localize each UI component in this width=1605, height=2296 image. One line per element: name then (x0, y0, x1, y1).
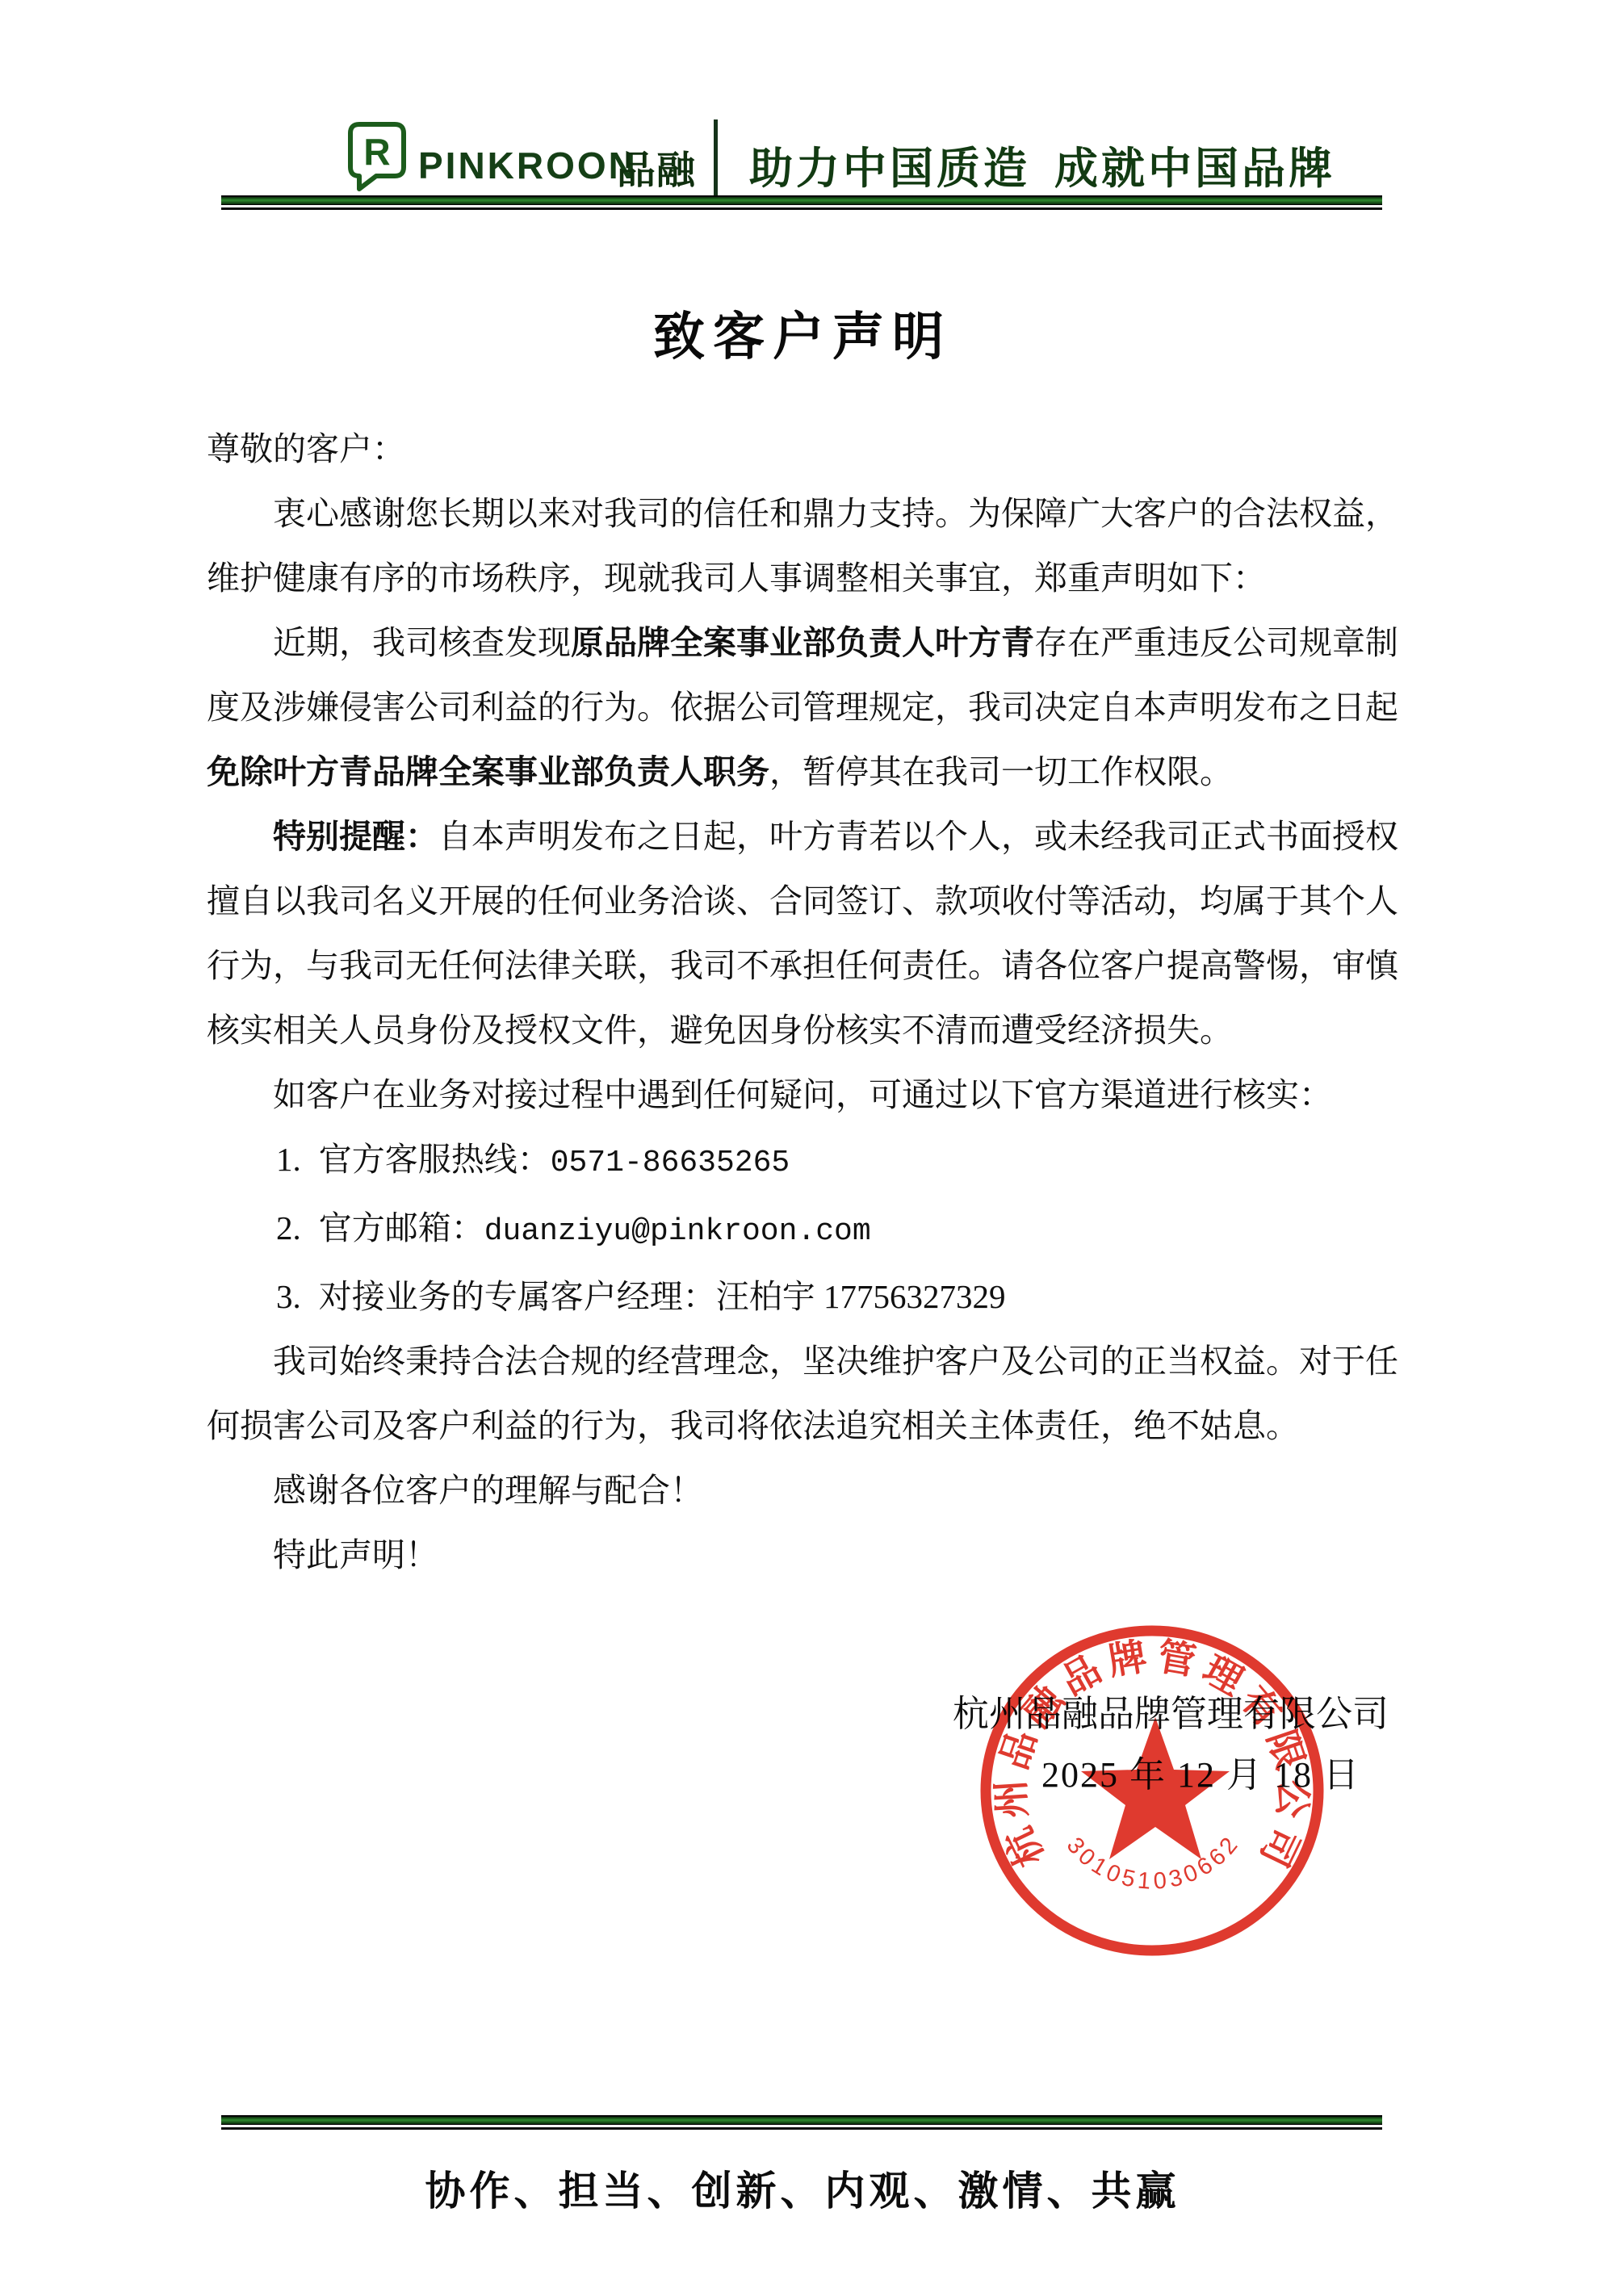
svg-text:R: R (363, 131, 390, 173)
list-number: 3. (276, 1264, 301, 1329)
brand-wordmark: PINKROON (418, 144, 638, 187)
brand-wordmark-chinese: 品融 (617, 139, 696, 195)
hotline-number: 0571-86635265 (551, 1146, 790, 1180)
list-number: 2. (276, 1196, 301, 1260)
paragraph: 衷心感谢您长期以来对我司的信任和鼎力支持。为保障广大客户的合法权益，维护健康有序… (207, 481, 1398, 610)
header-rule (221, 195, 1382, 210)
channel-label: 官方客服热线： (319, 1141, 551, 1178)
list-number: 1. (276, 1127, 301, 1192)
contact-channel-email: 2.官方邮箱：duanziyu@pinkroon.com (276, 1196, 1398, 1264)
page-title: 致客户声明 (0, 295, 1605, 370)
slogan-part2: 成就中国品牌 (1054, 145, 1335, 193)
thanks-line: 感谢各位客户的理解与配合！ (207, 1458, 1398, 1523)
contact-channel-manager: 3.对接业务的专属客户经理：汪柏宇 17756327329 (276, 1264, 1398, 1329)
declaration-line: 特此声明！ (207, 1523, 1398, 1587)
star-icon (1081, 1717, 1230, 1859)
slogan-part1: 助力中国质造 (749, 145, 1030, 193)
manager-name-phone: 汪柏宇 17756327329 (716, 1278, 1006, 1315)
statement-letter-page: R PINKROON 品融 助力中国质造成就中国品牌 致客户声明 尊敬的客户： … (0, 0, 1605, 2296)
paragraph: 如客户在业务对接过程中遇到任何疑问，可通过以下官方渠道进行核实： (207, 1062, 1398, 1127)
paragraph: 近期，我司核查发现原品牌全案事业部负责人叶方青存在严重违反公司规章制度及涉嫌侵害… (207, 610, 1398, 804)
paragraph: 我司始终秉持合法合规的经营理念，坚决维护客户及公司的正当权益。对于任何损害公司及… (207, 1329, 1398, 1458)
header-divider (714, 119, 718, 197)
salutation: 尊敬的客户： (207, 417, 1398, 481)
footer-rule (221, 2115, 1382, 2130)
footer-motto: 协作、担当、创新、内观、激情、共赢 (0, 2159, 1605, 2217)
company-seal: 杭州品融品牌管理有限公司 33010510306623 (974, 1619, 1330, 1962)
paragraph: 特别提醒：自本声明发布之日起，叶方青若以个人，或未经我司正式书面授权擅自以我司名… (207, 804, 1398, 1062)
contact-channel-hotline: 1.官方客服热线：0571-86635265 (276, 1127, 1398, 1196)
pinkroon-r-logo-icon: R (347, 121, 407, 192)
channel-label: 对接业务的专属客户经理： (319, 1278, 716, 1315)
email-address: duanziyu@pinkroon.com (484, 1214, 871, 1249)
letter-body: 尊敬的客户： 衷心感谢您长期以来对我司的信任和鼎力支持。为保障广大客户的合法权益… (207, 417, 1398, 1587)
brand-slogan: 助力中国质造成就中国品牌 (749, 134, 1335, 196)
channel-label: 官方邮箱： (319, 1209, 484, 1246)
